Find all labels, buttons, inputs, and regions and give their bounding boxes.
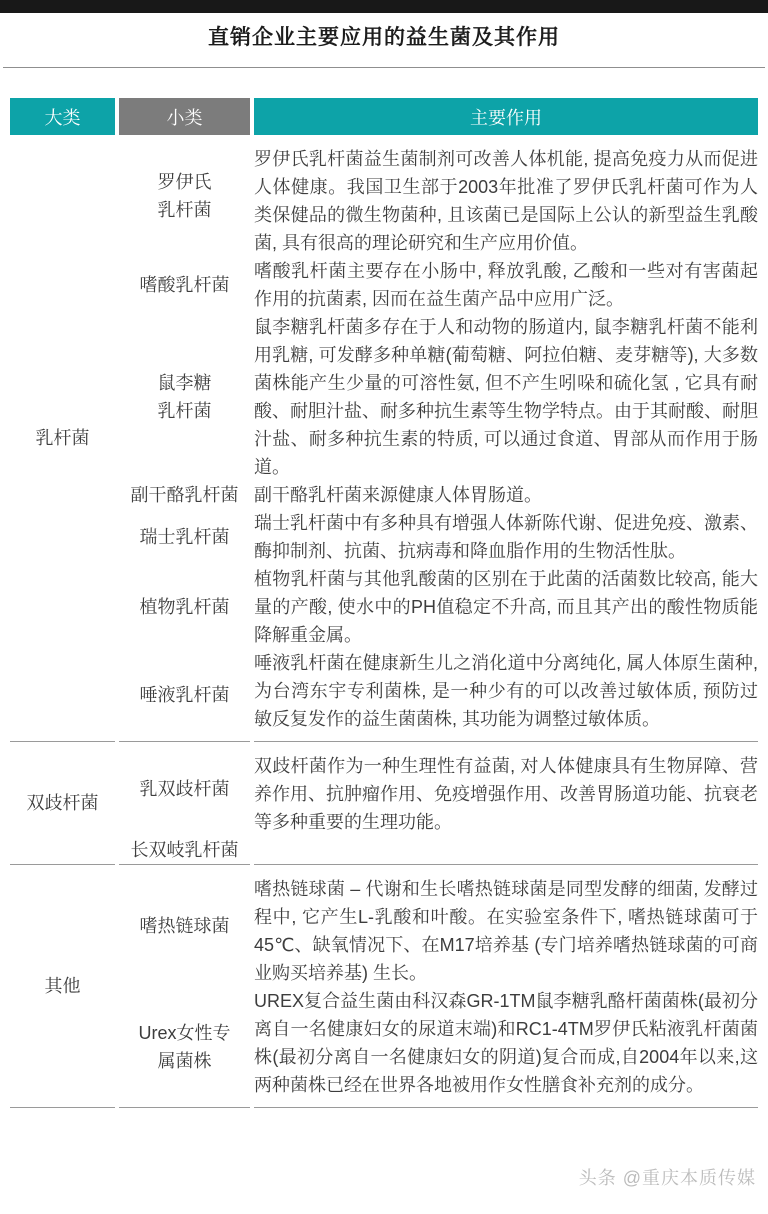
header-subcategory: 小类 [119,98,250,135]
subcategory-cell: 长双岐乳杆菌 [119,836,250,864]
table-row: 其他 嗜热链球菌 嗜热链球菌 – 代谢和生长嗜热链球菌是同型发酵的细菌, 发酵过… [10,864,758,987]
title-divider [3,67,765,68]
subcategory-cell: 副干酪乳杆菌 [119,481,250,509]
table-row: 瑞士乳杆菌 瑞士乳杆菌中有多种具有增强人体新陈代谢、促进免疫、激素、酶抑制剂、抗… [10,509,758,565]
table-row: 副干酪乳杆菌 副干酪乳杆菌来源健康人体胃肠道。 [10,481,758,509]
page-title: 直销企业主要应用的益生菌及其作用 [0,22,768,54]
effect-cell: 嗜酸乳杆菌主要存在小肠中, 释放乳酸, 乙酸和一些对有害菌起作用的抗菌素, 因而… [254,257,758,313]
top-black-bar [0,0,768,13]
effect-cell: 植物乳杆菌与其他乳酸菌的区别在于此菌的活菌数比较高, 能大量的产酸, 使水中的P… [254,565,758,649]
category-cell: 乳杆菌 [10,135,115,741]
table-row: Urex女性专 属菌株 UREX复合益生菌由科汉森GR-1TM鼠李糖乳酪杆菌菌株… [10,987,758,1108]
toutiao-watermark: 头条 @重庆本质传媒 [579,1164,756,1190]
effect-cell: 唾液乳杆菌在健康新生儿之消化道中分离纯化, 属人体原生菌种, 为台湾东宇专利菌株… [254,649,758,741]
effect-cell: UREX复合益生菌由科汉森GR-1TM鼠李糖乳酪杆菌菌株(最初分离自一名健康妇女… [254,987,758,1108]
subcategory-cell: 嗜热链球菌 [119,864,250,987]
category-cell: 其他 [10,864,115,1108]
subcategory-cell: 嗜酸乳杆菌 [119,257,250,313]
table-row: 乳杆菌 罗伊氏 乳杆菌 罗伊氏乳杆菌益生菌制剂可改善人体机能, 提高免疫力从而促… [10,135,758,257]
effect-cell: 双歧杆菌作为一种生理性有益菌, 对人体健康具有生物屏障、营养作用、抗肿瘤作用、免… [254,741,758,836]
subcategory-cell: 乳双歧杆菌 [119,741,250,836]
section-bifidobacterium: 双歧杆菌 乳双歧杆菌 双歧杆菌作为一种生理性有益菌, 对人体健康具有生物屏障、营… [10,741,758,864]
subcategory-cell: 瑞士乳杆菌 [119,509,250,565]
table-row: 植物乳杆菌 植物乳杆菌与其他乳酸菌的区别在于此菌的活菌数比较高, 能大量的产酸,… [10,565,758,649]
header-row: 大类 小类 主要作用 [10,98,758,135]
subcategory-cell: 鼠李糖 乳杆菌 [119,313,250,481]
effect-cell: 罗伊氏乳杆菌益生菌制剂可改善人体机能, 提高免疫力从而促进人体健康。我国卫生部于… [254,135,758,257]
header-category: 大类 [10,98,115,135]
effect-cell: 瑞士乳杆菌中有多种具有增强人体新陈代谢、促进免疫、激素、酶抑制剂、抗菌、抗病毒和… [254,509,758,565]
article-page: 直销企业主要应用的益生菌及其作用 大类 小类 主要作用 乳杆菌 罗伊氏 乳杆菌 … [0,0,768,1214]
table-row: 长双岐乳杆菌 [10,836,758,864]
probiotics-table: 大类 小类 主要作用 乳杆菌 罗伊氏 乳杆菌 罗伊氏乳杆菌益生菌制剂可改善人体机… [6,98,762,1108]
effect-cell: 嗜热链球菌 – 代谢和生长嗜热链球菌是同型发酵的细菌, 发酵过程中, 它产生L-… [254,864,758,987]
category-cell: 双歧杆菌 [10,741,115,864]
section-lactobacillus: 乳杆菌 罗伊氏 乳杆菌 罗伊氏乳杆菌益生菌制剂可改善人体机能, 提高免疫力从而促… [10,135,758,741]
subcategory-cell: 唾液乳杆菌 [119,649,250,741]
effect-cell: 鼠李糖乳杆菌多存在于人和动物的肠道内, 鼠李糖乳杆菌不能利用乳糖, 可发酵多种单… [254,313,758,481]
table-row: 嗜酸乳杆菌 嗜酸乳杆菌主要存在小肠中, 释放乳酸, 乙酸和一些对有害菌起作用的抗… [10,257,758,313]
subcategory-cell: 罗伊氏 乳杆菌 [119,135,250,257]
table-row: 唾液乳杆菌 唾液乳杆菌在健康新生儿之消化道中分离纯化, 属人体原生菌种, 为台湾… [10,649,758,741]
table-row: 鼠李糖 乳杆菌 鼠李糖乳杆菌多存在于人和动物的肠道内, 鼠李糖乳杆菌不能利用乳糖… [10,313,758,481]
subcategory-cell: 植物乳杆菌 [119,565,250,649]
table-header: 大类 小类 主要作用 [10,98,758,135]
effect-cell: 副干酪乳杆菌来源健康人体胃肠道。 [254,481,758,509]
header-effect: 主要作用 [254,98,758,135]
table-row: 双歧杆菌 乳双歧杆菌 双歧杆菌作为一种生理性有益菌, 对人体健康具有生物屏障、营… [10,741,758,836]
subcategory-cell: Urex女性专 属菌株 [119,987,250,1108]
effect-cell [254,836,758,864]
section-others: 其他 嗜热链球菌 嗜热链球菌 – 代谢和生长嗜热链球菌是同型发酵的细菌, 发酵过… [10,864,758,1108]
